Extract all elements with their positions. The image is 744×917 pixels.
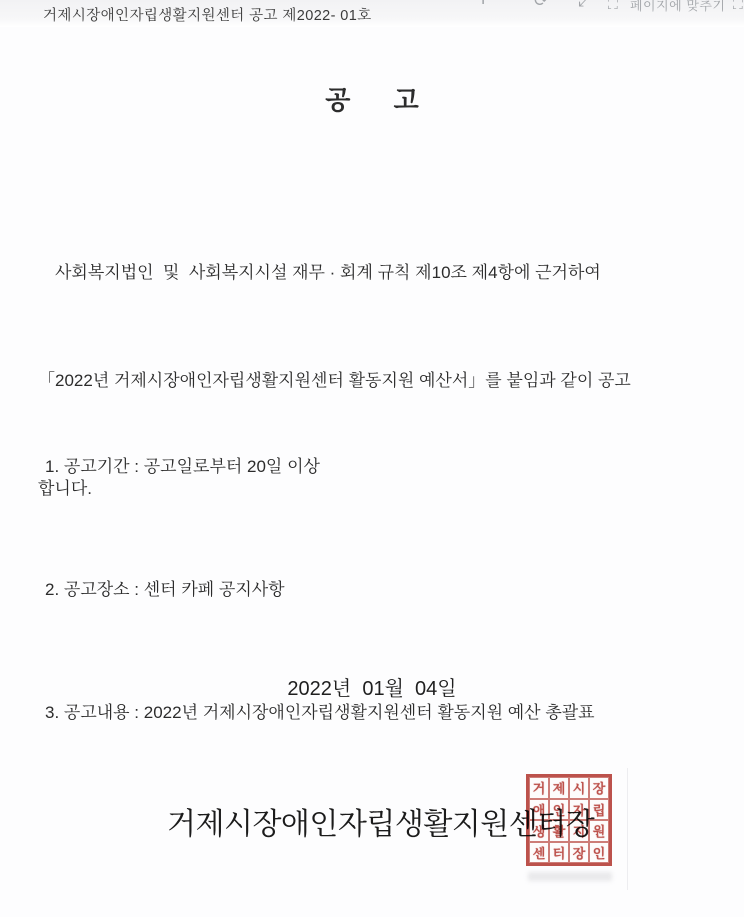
- viewer-page: − + ⟳ ⤢ ⛶ 페이지에 맞추기 ⛶ 거제시장애인자립생활지원센터 공고 제…: [0, 0, 744, 917]
- list-item-place: 2. 공고장소 : 센터 카페 공지사항: [45, 569, 595, 610]
- announcement-date: 2022년 01월 04일: [0, 672, 744, 701]
- document-number: 거제시장애인자립생활지원센터 공고 제2022- 01호: [43, 4, 372, 25]
- announcement-list: 1. 공고기간 : 공고일로부터 20일 이상 2. 공고장소 : 센터 카페 …: [45, 364, 595, 815]
- scan-artifact: [528, 872, 612, 881]
- seal-char: 장: [589, 777, 609, 799]
- official-seal-stamp: 거 제 시 장 애 인 자 립 생 활 지 원 센 터 장 인: [526, 774, 612, 866]
- seal-char: 애: [529, 799, 549, 821]
- seal-char: 자: [569, 799, 589, 821]
- fit-to-page-icon[interactable]: ⛶: [608, 0, 618, 14]
- seal-char: 립: [589, 799, 609, 821]
- document-title: 공 고: [0, 80, 744, 117]
- paper-crease: [627, 768, 628, 890]
- partial-toolbar-icon[interactable]: ⛶: [733, 0, 743, 14]
- seal-char: 인: [549, 799, 569, 821]
- zoom-out-icon[interactable]: −: [426, 0, 438, 10]
- body-line: 사회복지법인 및 사회복지시설 재무 · 회계 규칙 제10조 제4항에 근거하…: [38, 255, 631, 291]
- rotate-icon[interactable]: ⟳: [534, 0, 548, 11]
- seal-char: 시: [569, 777, 589, 799]
- seal-char: 장: [569, 842, 589, 864]
- seal-char: 생: [529, 820, 549, 842]
- zoom-in-icon[interactable]: +: [477, 0, 489, 10]
- seal-char: 거: [529, 777, 549, 799]
- seal-char: 센: [529, 842, 549, 864]
- fit-to-page-label[interactable]: 페이지에 맞추기: [630, 0, 726, 16]
- seal-char: 원: [589, 820, 609, 842]
- seal-char: 활: [549, 820, 569, 842]
- seal-char: 제: [549, 777, 569, 799]
- list-item-period: 1. 공고기간 : 공고일로부터 20일 이상: [45, 446, 595, 487]
- expand-icon[interactable]: ⤢: [578, 0, 592, 11]
- seal-char: 터: [549, 842, 569, 864]
- seal-char: 인: [589, 842, 609, 864]
- seal-char: 지: [569, 820, 589, 842]
